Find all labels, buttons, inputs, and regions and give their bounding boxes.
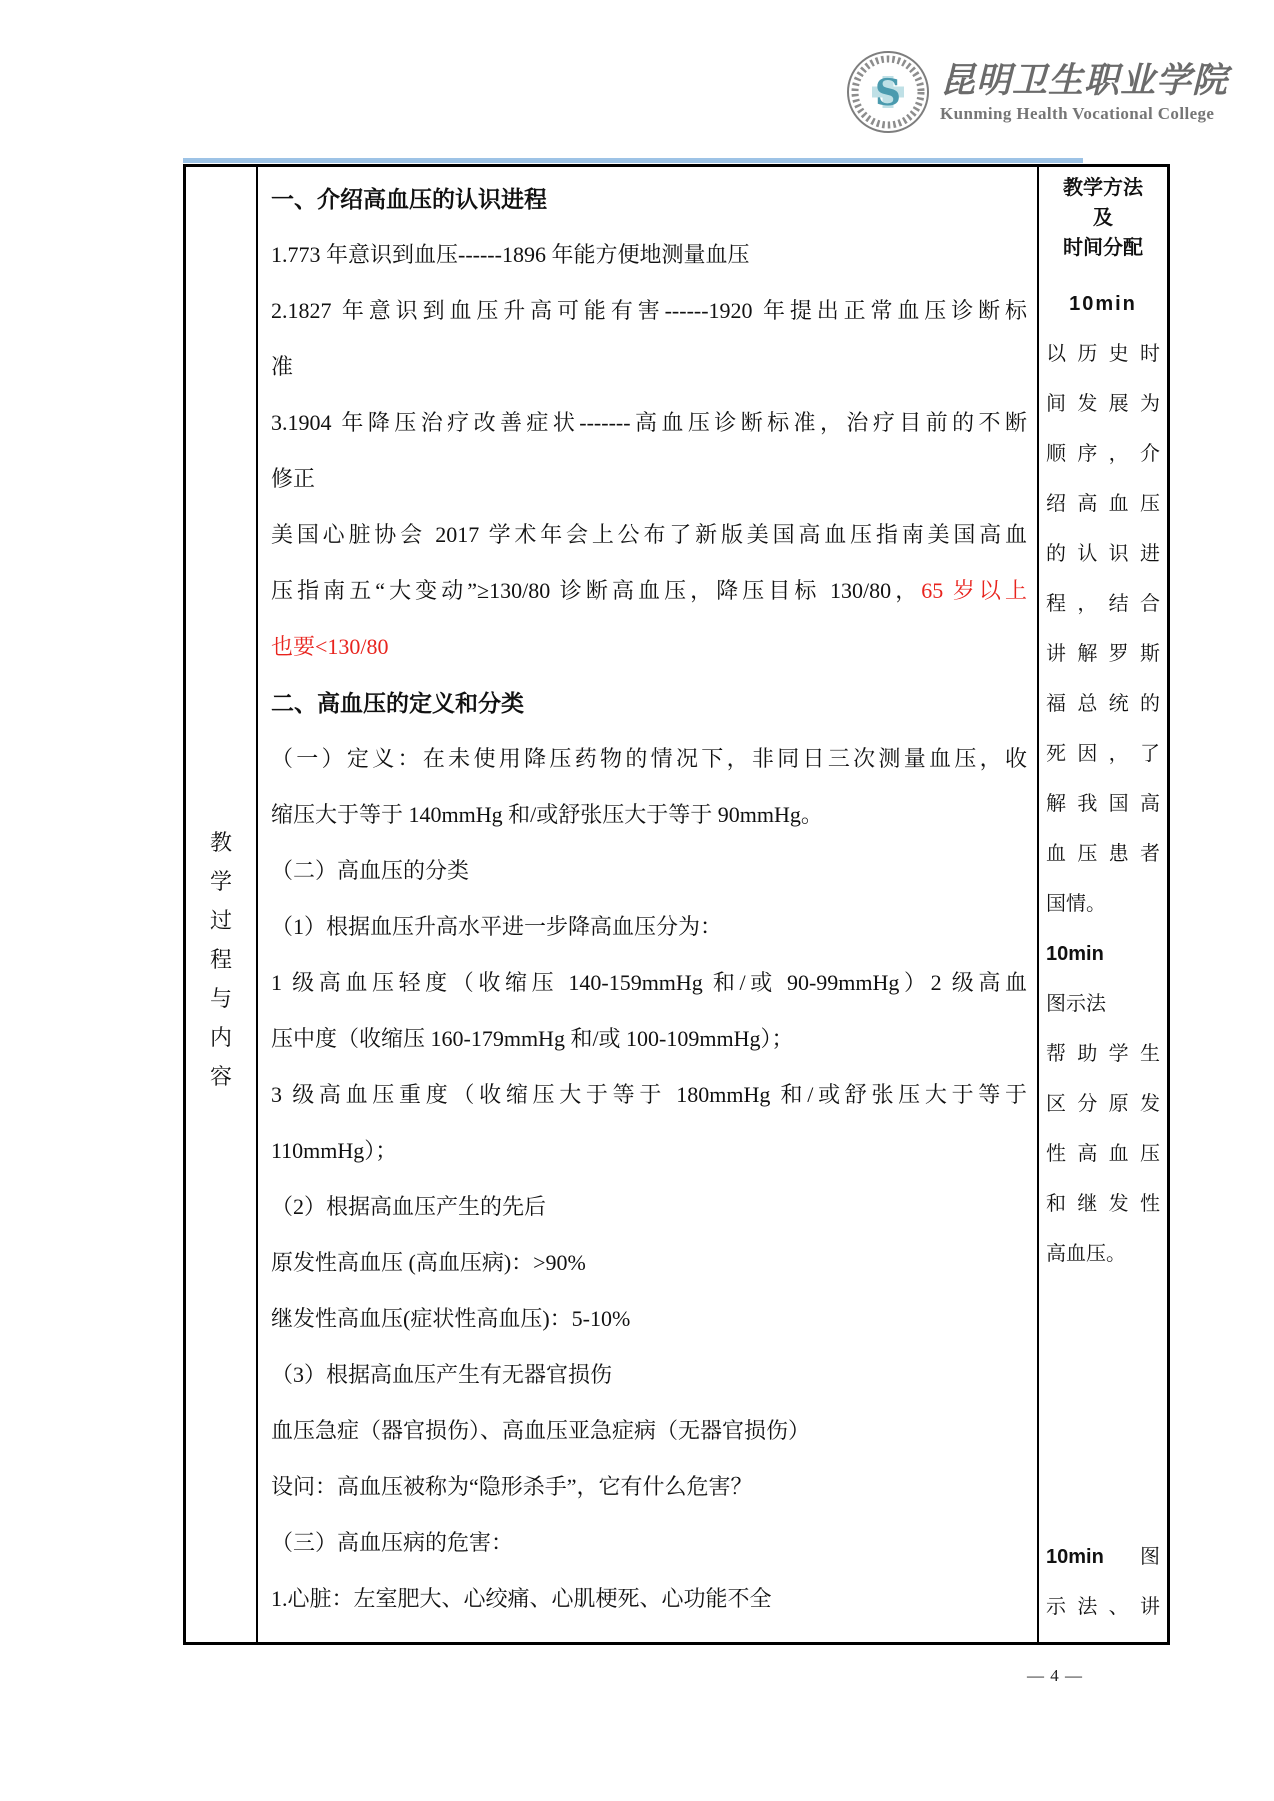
left-column-char: 容	[210, 1057, 232, 1096]
college-emblem-icon: S	[846, 50, 930, 134]
left-column-char: 内	[210, 1018, 232, 1057]
methods-line: 国情。	[1046, 879, 1160, 929]
content-line: 2.1827 年意识到血压升高可能有害------1920 年提出正常血压诊断标	[271, 283, 1027, 339]
content-line: 3 级高血压重度（收缩压大于等于 180mmHg 和/或舒张压大于等于	[271, 1067, 1027, 1123]
left-column-vertical-title: 教学过程与内容	[210, 823, 232, 1096]
methods-line: 10min图	[1046, 1532, 1160, 1582]
content-line: 也要<130/80	[271, 619, 1027, 675]
methods-header-line: 时间分配	[1046, 233, 1160, 263]
content-line: （一）定义：在未使用降压药物的情况下，非同日三次测量血压，收	[271, 731, 1027, 787]
methods-line: 绍高血压	[1046, 479, 1160, 529]
content-line: 原发性高血压 (高血压病)：>90%	[271, 1235, 1027, 1291]
methods-header-line: 教学方法	[1046, 173, 1160, 203]
methods-column-body: 10min以历史时间发展为顺序，介绍高血压的认识进程，结合讲解罗斯福总统的死因，…	[1046, 279, 1160, 1279]
content-line: （3）根据高血压产生有无器官损伤	[271, 1347, 1027, 1403]
content-line: （三）高血压病的危害：	[271, 1515, 1027, 1571]
lesson-plan-table: 教学过程与内容 一、介绍高血压的认识进程1.773 年意识到血压------18…	[183, 164, 1170, 1645]
methods-line: 程，结合	[1046, 579, 1160, 629]
college-name-en: Kunming Health Vocational College	[940, 104, 1228, 124]
content-line: 继发性高血压(症状性高血压)：5-10%	[271, 1291, 1027, 1347]
college-logo: S 昆明卫生职业学院 Kunming Health Vocational Col…	[846, 50, 1228, 134]
content-line: 修正	[271, 451, 1027, 507]
logo-text: 昆明卫生职业学院 Kunming Health Vocational Colle…	[940, 50, 1228, 124]
highlighted-red-text: 65 岁以上	[921, 578, 1027, 603]
divider-line	[183, 158, 1083, 163]
section-heading: 一、介绍高血压的认识进程	[271, 171, 1027, 227]
methods-line: 死因，了	[1046, 729, 1160, 779]
methods-line: 高血压。	[1046, 1229, 1160, 1279]
college-name-cn: 昆明卫生职业学院	[940, 62, 1228, 101]
methods-header-line: 及	[1046, 203, 1160, 233]
content-line: 1 级高血压轻度（收缩压 140-159mmHg 和/或 90-99mmHg）2…	[271, 955, 1027, 1011]
content-line: 1.心脏：左室肥大、心绞痛、心肌梗死、心功能不全	[271, 1571, 1027, 1627]
methods-line: 10min	[1046, 279, 1160, 329]
content-line: 血压急症（器官损伤）、高血压亚急症病（无器官损伤）	[271, 1403, 1027, 1459]
content-line: 美国心脏协会 2017 学术年会上公布了新版美国高血压指南美国高血	[271, 507, 1027, 563]
methods-line: 10min	[1046, 929, 1160, 979]
methods-line: 以历史时	[1046, 329, 1160, 379]
left-column-char: 教	[210, 823, 232, 862]
methods-line: 解我国高	[1046, 779, 1160, 829]
methods-line: 福总统的	[1046, 679, 1160, 729]
methods-line: 和继发性	[1046, 1179, 1160, 1229]
section-heading: 二、高血压的定义和分类	[271, 675, 1027, 731]
content-line: （2）根据高血压产生的先后	[271, 1179, 1027, 1235]
content-column: 一、介绍高血压的认识进程1.773 年意识到血压------1896 年能方便地…	[258, 167, 1037, 1642]
time-label: 10min	[1046, 1532, 1104, 1582]
methods-line: 示法、讲	[1046, 1582, 1160, 1632]
methods-line: 区分原发	[1046, 1079, 1160, 1129]
content-text: 压指南五“大变动”≥130/80 诊断高血压，降压目标 130/80，	[271, 578, 921, 603]
methods-line: 顺序，介	[1046, 429, 1160, 479]
methods-line: 讲解罗斯	[1046, 629, 1160, 679]
left-column: 教学过程与内容	[186, 167, 258, 1642]
emblem-letter: S	[875, 72, 901, 114]
methods-line: 图示法	[1046, 979, 1160, 1029]
methods-column-header: 教学方法及时间分配	[1046, 173, 1160, 263]
content-line: 准	[271, 339, 1027, 395]
document-page: S 昆明卫生职业学院 Kunming Health Vocational Col…	[0, 0, 1274, 1801]
methods-text: 图	[1140, 1532, 1160, 1582]
content-line: 设问：高血压被称为“隐形杀手”，它有什么危害？	[271, 1459, 1027, 1515]
content-line: 压指南五“大变动”≥130/80 诊断高血压，降压目标 130/80，65 岁以…	[271, 563, 1027, 619]
methods-column: 教学方法及时间分配 10min以历史时间发展为顺序，介绍高血压的认识进程，结合讲…	[1037, 167, 1167, 1642]
content-line: 1.773 年意识到血压------1896 年能方便地测量血压	[271, 227, 1027, 283]
left-column-char: 与	[210, 979, 232, 1018]
page-number: — 4 —	[1000, 1666, 1110, 1686]
left-column-char: 过	[210, 901, 232, 940]
methods-line: 的认识进	[1046, 529, 1160, 579]
methods-line: 性高血压	[1046, 1129, 1160, 1179]
methods-line: 帮助学生	[1046, 1029, 1160, 1079]
methods-line: 血压患者	[1046, 829, 1160, 879]
content-line: （二）高血压的分类	[271, 843, 1027, 899]
methods-line: 间发展为	[1046, 379, 1160, 429]
content-line: 缩压大于等于 140mmHg 和/或舒张压大于等于 90mmHg。	[271, 787, 1027, 843]
methods-column-footer: 10min图示法、讲	[1046, 1532, 1160, 1632]
content-line: 110mmHg）；	[271, 1123, 1027, 1179]
content-line: （1）根据血压升高水平进一步降高血压分为：	[271, 899, 1027, 955]
content-line: 压中度（收缩压 160-179mmHg 和/或 100-109mmHg）；	[271, 1011, 1027, 1067]
left-column-char: 程	[210, 940, 232, 979]
left-column-char: 学	[210, 862, 232, 901]
content-line: 3.1904 年降压治疗改善症状-------高血压诊断标准，治疗目前的不断	[271, 395, 1027, 451]
